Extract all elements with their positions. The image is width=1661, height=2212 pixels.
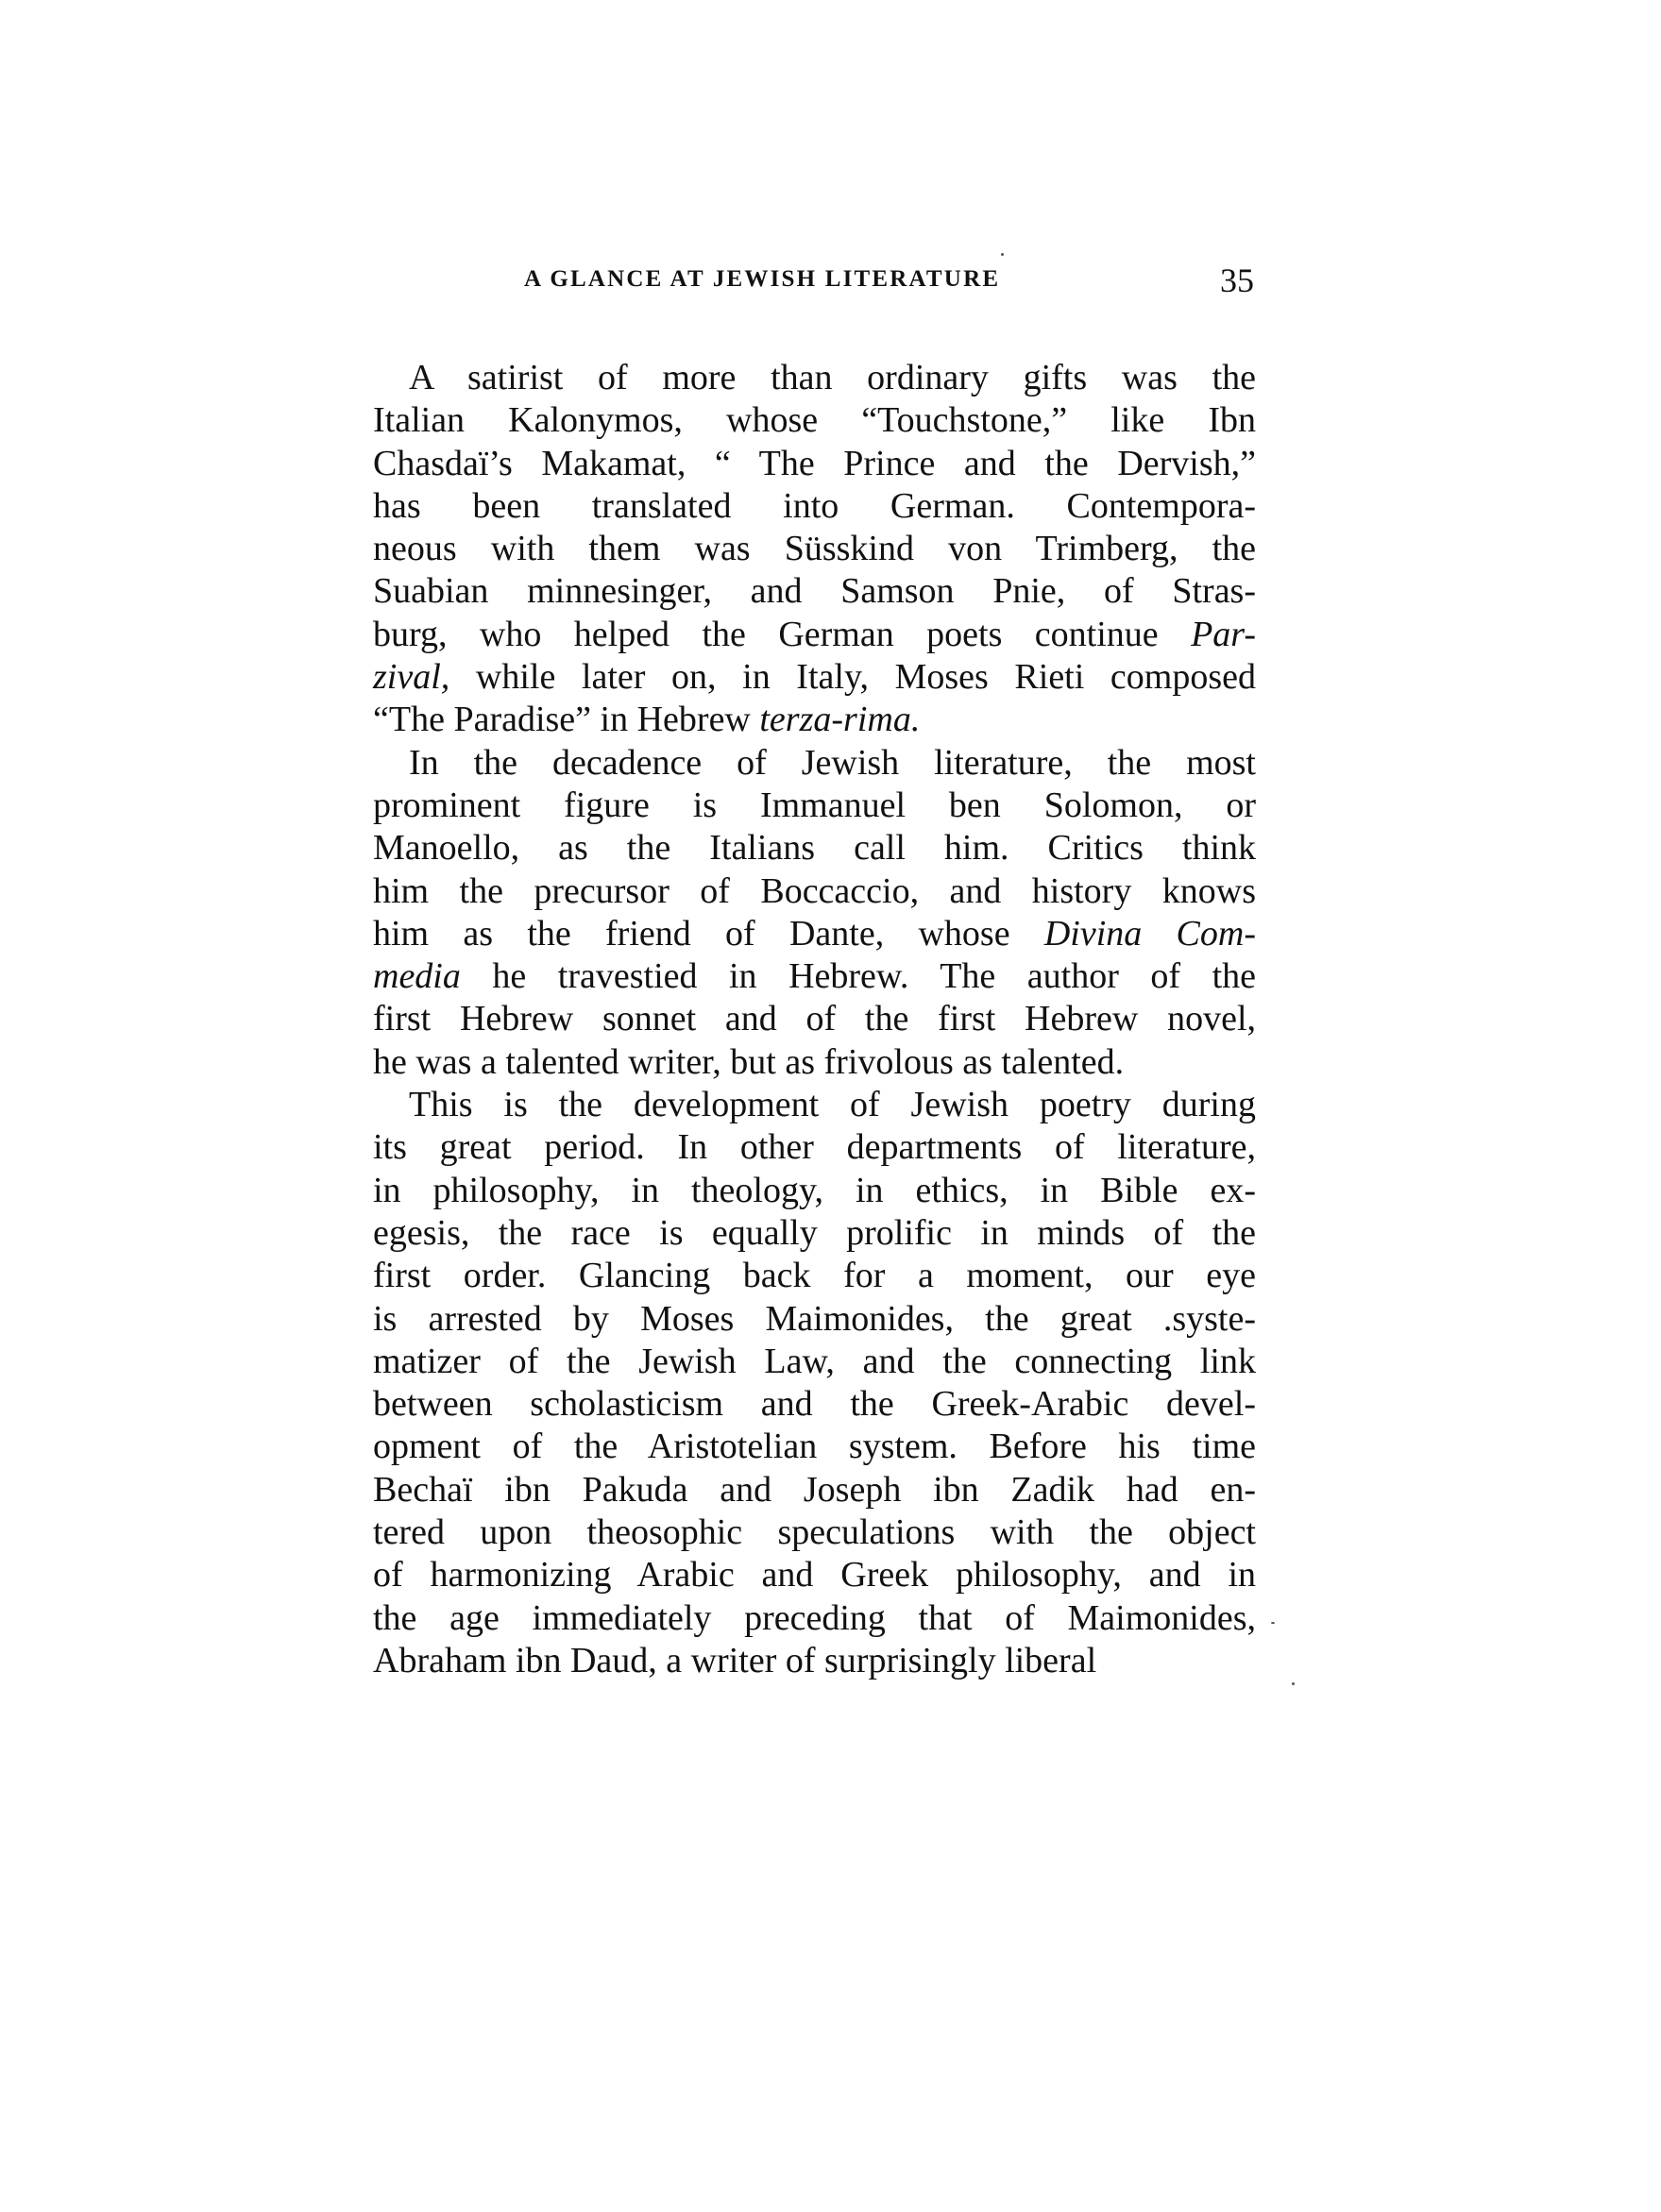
text-line: of harmonizing Arabic and Greek philosop… bbox=[373, 1554, 1256, 1596]
text-run: egesis, the race is equally prolific in … bbox=[373, 1213, 1256, 1253]
text-run: In the decadence of Jewish literature, t… bbox=[409, 743, 1256, 783]
text-line: neous with them was Süsskind von Trimber… bbox=[373, 528, 1256, 570]
text-run: in philosophy, in theology, in ethics, i… bbox=[373, 1171, 1256, 1210]
text-line: matizer of the Jewish Law, and the conne… bbox=[373, 1341, 1256, 1383]
paragraph: A satirist of more than ordinary gifts w… bbox=[373, 357, 1256, 742]
italic-text: terza-rima. bbox=[759, 700, 920, 739]
text-line: first Hebrew sonnet and of the first Heb… bbox=[373, 998, 1256, 1040]
text-run: its great period. In other departments o… bbox=[373, 1127, 1256, 1167]
text-run: he travestied in Hebrew. The author of t… bbox=[461, 956, 1256, 996]
body-text: A satirist of more than ordinary gifts w… bbox=[373, 357, 1256, 1682]
text-run: burg, who helped the German poets contin… bbox=[373, 615, 1191, 654]
text-line: prominent figure is Immanuel ben Solomon… bbox=[373, 785, 1256, 827]
text-run: Italian Kalonymos, whose “Touchstone,” l… bbox=[373, 400, 1256, 440]
text-run: between scholasticism and the Greek-Arab… bbox=[373, 1384, 1256, 1424]
text-line: in philosophy, in theology, in ethics, i… bbox=[373, 1170, 1256, 1212]
text-line: “The Paradise” in Hebrew terza-rima. bbox=[373, 699, 1256, 741]
text-run: A satirist of more than ordinary gifts w… bbox=[409, 358, 1256, 397]
text-run: Chasdaï’s Makamat, “ The Prince and the … bbox=[373, 444, 1256, 483]
text-line: media he travestied in Hebrew. The autho… bbox=[373, 955, 1256, 998]
text-line: him as the friend of Dante, whose Divina… bbox=[373, 913, 1256, 955]
text-line: This is the development of Jewish poetry… bbox=[373, 1084, 1256, 1126]
running-head: A GLANCE AT JEWISH LITERATURE 35 bbox=[373, 261, 1256, 298]
text-run: Abraham ibn Daud, a writer of surprising… bbox=[373, 1641, 1096, 1680]
text-line: him the precursor of Boccaccio, and hist… bbox=[373, 870, 1256, 913]
text-line: between scholasticism and the Greek-Arab… bbox=[373, 1383, 1256, 1426]
text-run: prominent figure is Immanuel ben Solomon… bbox=[373, 785, 1256, 825]
text-line: Italian Kalonymos, whose “Touchstone,” l… bbox=[373, 399, 1256, 442]
text-run: Bechaï ibn Pakuda and Joseph ibn Zadik h… bbox=[373, 1470, 1256, 1510]
text-run: of harmonizing Arabic and Greek philosop… bbox=[373, 1555, 1256, 1595]
paragraph: This is the development of Jewish poetry… bbox=[373, 1084, 1256, 1682]
text-run: matizer of the Jewish Law, and the conne… bbox=[373, 1342, 1256, 1381]
text-line: has been translated into German. Contemp… bbox=[373, 485, 1256, 528]
text-line: Suabian minnesinger, and Samson Pnie, of… bbox=[373, 570, 1256, 613]
text-line: he was a talented writer, but as frivolo… bbox=[373, 1041, 1256, 1084]
scan-speck bbox=[1292, 1682, 1295, 1685]
text-run: neous with them was Süsskind von Trimber… bbox=[373, 529, 1256, 568]
text-line: In the decadence of Jewish literature, t… bbox=[373, 742, 1256, 785]
text-line: A satirist of more than ordinary gifts w… bbox=[373, 357, 1256, 399]
text-line: the age immediately preceding that of Ma… bbox=[373, 1597, 1256, 1640]
text-run: Suabian minnesinger, and Samson Pnie, of… bbox=[373, 571, 1256, 611]
text-line: its great period. In other departments o… bbox=[373, 1126, 1256, 1169]
text-line: Abraham ibn Daud, a writer of surprising… bbox=[373, 1640, 1256, 1682]
scan-speck bbox=[1271, 1622, 1275, 1624]
text-line: opment of the Aristotelian system. Befor… bbox=[373, 1426, 1256, 1468]
italic-text: zival, bbox=[373, 657, 449, 697]
text-line: Chasdaï’s Makamat, “ The Prince and the … bbox=[373, 443, 1256, 485]
text-line: Bechaï ibn Pakuda and Joseph ibn Zadik h… bbox=[373, 1469, 1256, 1511]
text-run: he was a talented writer, but as frivolo… bbox=[373, 1042, 1124, 1082]
page-number: 35 bbox=[1220, 261, 1254, 300]
text-run: is arrested by Moses Maimonides, the gre… bbox=[373, 1299, 1256, 1339]
text-line: first order. Glancing back for a moment,… bbox=[373, 1255, 1256, 1297]
italic-text: Divina Com- bbox=[1044, 914, 1256, 954]
text-line: Manoello, as the Italians call him. Crit… bbox=[373, 827, 1256, 870]
text-run: while later on, in Italy, Moses Rieti co… bbox=[449, 657, 1256, 697]
text-run: has been translated into German. Contemp… bbox=[373, 486, 1256, 526]
text-run: the age immediately preceding that of Ma… bbox=[373, 1598, 1256, 1638]
text-run: first Hebrew sonnet and of the first Heb… bbox=[373, 999, 1256, 1038]
text-line: tered upon theosophic speculations with … bbox=[373, 1511, 1256, 1554]
text-run: “The Paradise” in Hebrew bbox=[373, 700, 759, 739]
text-run: him the precursor of Boccaccio, and hist… bbox=[373, 871, 1256, 911]
text-run: tered upon theosophic speculations with … bbox=[373, 1512, 1256, 1552]
text-run: first order. Glancing back for a moment,… bbox=[373, 1256, 1256, 1295]
scan-speck bbox=[1001, 253, 1004, 256]
text-run: him as the friend of Dante, whose bbox=[373, 914, 1044, 954]
text-run: This is the development of Jewish poetry… bbox=[409, 1085, 1256, 1124]
text-line: egesis, the race is equally prolific in … bbox=[373, 1212, 1256, 1255]
running-title: A GLANCE AT JEWISH LITERATURE bbox=[524, 266, 1000, 293]
text-run: opment of the Aristotelian system. Befor… bbox=[373, 1427, 1256, 1466]
text-line: burg, who helped the German poets contin… bbox=[373, 614, 1256, 656]
italic-text: Par- bbox=[1191, 615, 1256, 654]
text-line: is arrested by Moses Maimonides, the gre… bbox=[373, 1298, 1256, 1341]
paragraph: In the decadence of Jewish literature, t… bbox=[373, 742, 1256, 1084]
italic-text: media bbox=[373, 956, 461, 996]
text-run: Manoello, as the Italians call him. Crit… bbox=[373, 828, 1256, 868]
text-line: zival, while later on, in Italy, Moses R… bbox=[373, 656, 1256, 699]
